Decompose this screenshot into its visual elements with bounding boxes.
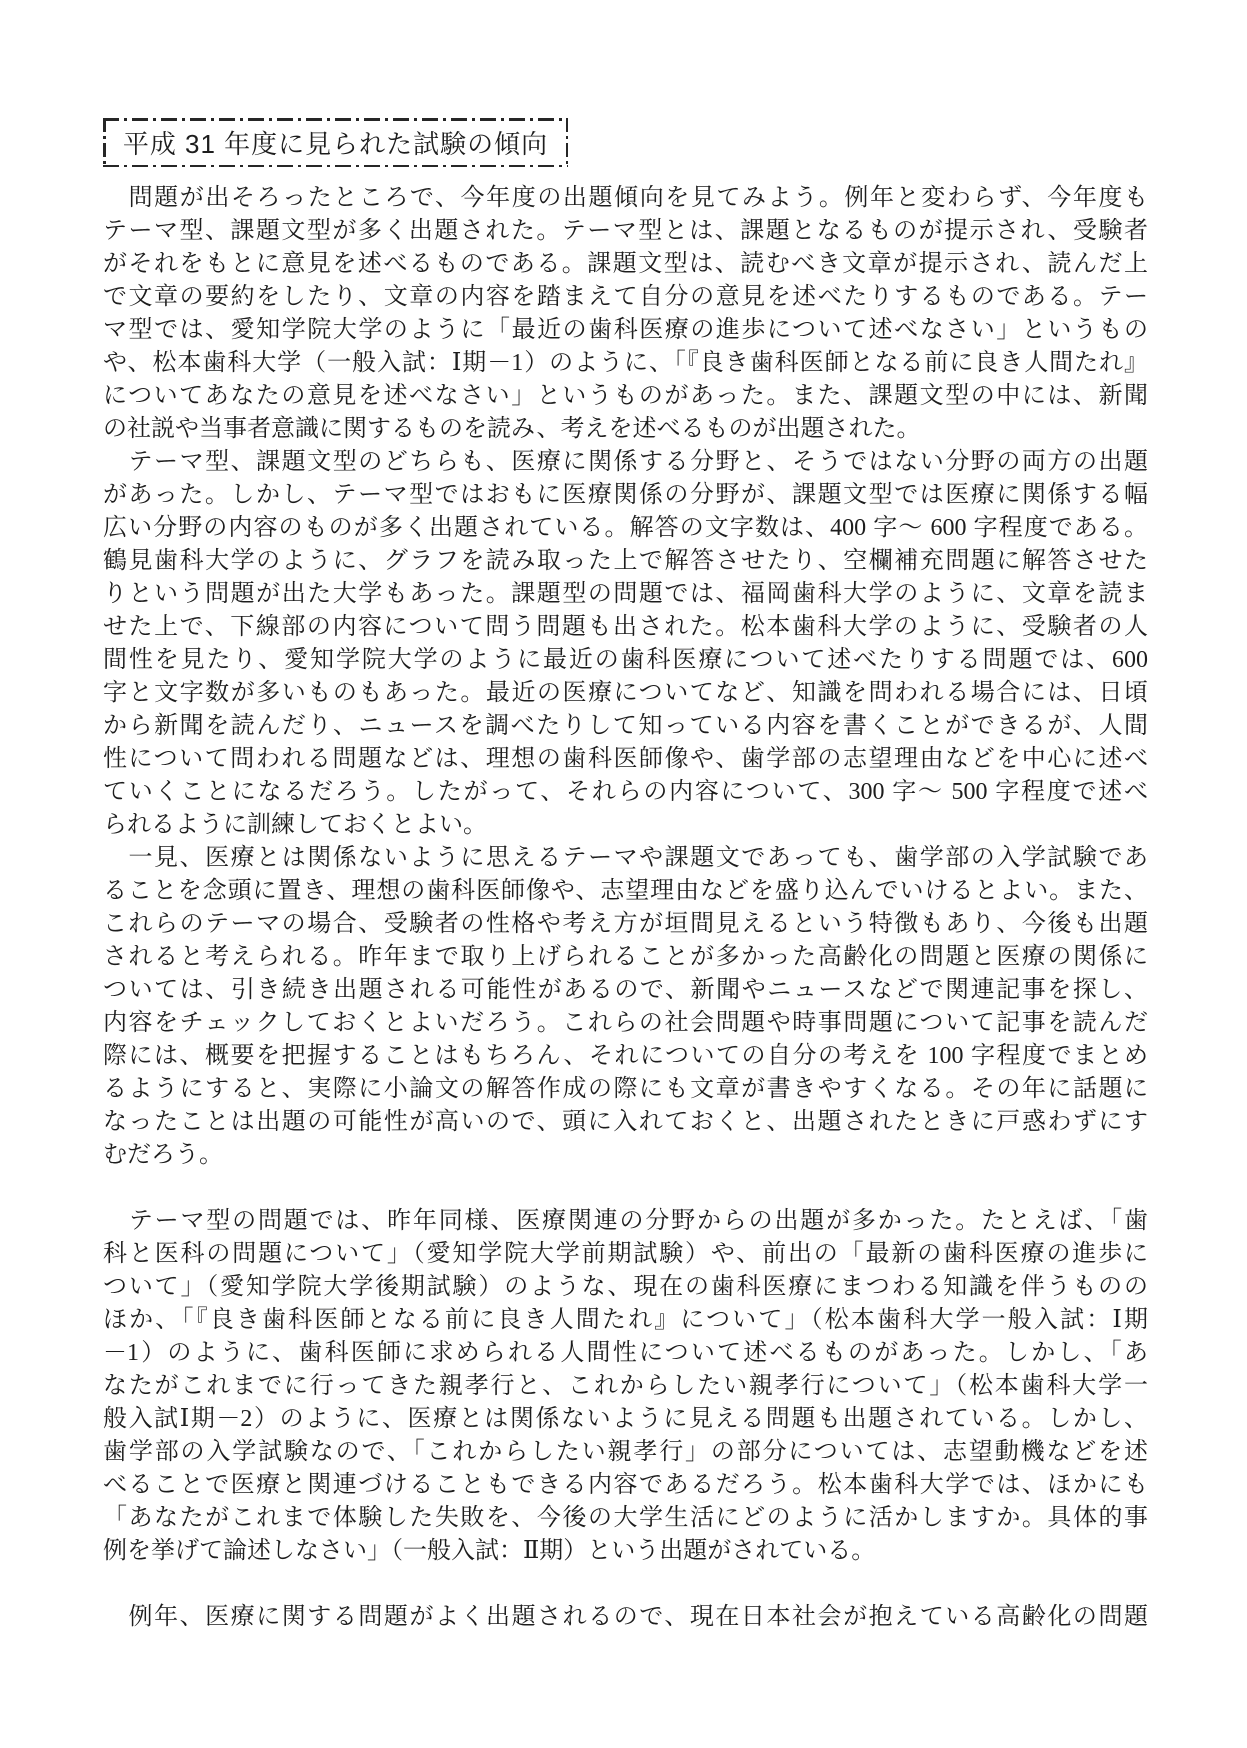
text-line: 例を挙げて論述しなさい」（一般入試：Ⅱ期）という出題がされている。 bbox=[103, 1535, 1148, 1568]
text-line: されると考えられる。昨年まで取り上げられることが多かった高齢化の問題と医療の関係… bbox=[103, 941, 1148, 974]
text-line: マ型では、愛知学院大学のように「最近の歯科医療の進歩について述べなさい」というも… bbox=[103, 314, 1148, 347]
text-line: 広い分野の内容のものが多く出題されている。解答の文字数は、400 字〜 600 … bbox=[103, 512, 1148, 545]
text-line: りという問題が出た大学もあった。課題型の問題では、福岡歯科大学のように、文章を読… bbox=[103, 578, 1148, 611]
text-line: テーマ型、課題文型が多く出題された。テーマ型とは、課題となるものが提示され、受験… bbox=[103, 215, 1148, 248]
document-body: 問題が出そろったところで、今年度の出題傾向を見てみよう。例年と変わらず、今年度も… bbox=[103, 182, 1148, 1634]
text-line: られるように訓練しておくとよい。 bbox=[103, 809, 1148, 842]
text-line: から新聞を読んだり、ニュースを調べたりして知っている内容を書くことができるが、人… bbox=[103, 710, 1148, 743]
text-line: ついては、引き続き出題される可能性があるので、新聞やニュースなどで関連記事を探し… bbox=[103, 974, 1148, 1007]
text-line: 例年、医療に関する問題がよく出題されるので、現在日本社会が抱えている高齢化の問題 bbox=[103, 1601, 1148, 1634]
text-line: なたがこれまでに行ってきた親孝行と、これからしたい親孝行について」（松本歯科大学… bbox=[103, 1370, 1148, 1403]
text-line: 歯学部の入学試験なので、「これからしたい親孝行」の部分については、志望動機などを… bbox=[103, 1436, 1148, 1469]
text-line: テーマ型、課題文型のどちらも、医療に関係する分野と、そうではない分野の両方の出題 bbox=[103, 446, 1148, 479]
box-border-right bbox=[566, 118, 569, 167]
text-line: 般入試Ⅰ期－2）のように、医療とは関係ないように見える問題も出題されている。しか… bbox=[103, 1403, 1148, 1436]
text-line: 一見、医療とは関係ないように思えるテーマや課題文であっても、歯学部の入学試験であ bbox=[103, 842, 1148, 875]
text-line: －1）のように、歯科医師に求められる人間性について述べるものがあった。しかし、「… bbox=[103, 1337, 1148, 1370]
text-line: の社説や当事者意識に関するものを読み、考えを述べるものが出題された。 bbox=[103, 413, 1148, 446]
section-title: 平成 31 年度に見られた試験の傾向 bbox=[123, 124, 548, 161]
text-line: 性について問われる問題などは、理想の歯科医師像や、歯学部の志望理由などを中心に述… bbox=[103, 743, 1148, 776]
text-line: があった。しかし、テーマ型ではおもに医療関係の分野が、課題文型では医療に関係する… bbox=[103, 479, 1148, 512]
text-line: 字と文字数が多いものもあった。最近の医療についてなど、知識を問われる場合には、日… bbox=[103, 677, 1148, 710]
text-line: についてあなたの意見を述べなさい」というものがあった。また、課題文型の中には、新… bbox=[103, 380, 1148, 413]
text-line: ていくことになるだろう。したがって、それらの内容について、300 字〜 500 … bbox=[103, 776, 1148, 809]
paragraph: テーマ型、課題文型のどちらも、医療に関係する分野と、そうではない分野の両方の出題… bbox=[103, 446, 1148, 842]
paragraph: 一見、医療とは関係ないように思えるテーマや課題文であっても、歯学部の入学試験であ… bbox=[103, 842, 1148, 1172]
text-line: 鶴見歯科大学のように、グラフを読み取った上で解答させたり、空欄補充問題に解答させ… bbox=[103, 545, 1148, 578]
text-line: せた上で、下線部の内容について問う問題も出された。松本歯科大学のように、受験者の… bbox=[103, 611, 1148, 644]
box-border-bottom bbox=[103, 165, 568, 168]
text-line: がそれをもとに意見を述べるものである。課題文型は、読むべき文章が提示され、読んだ… bbox=[103, 248, 1148, 281]
document-page: 平成 31 年度に見られた試験の傾向 問題が出そろったところで、今年度の出題傾向… bbox=[0, 0, 1247, 1748]
paragraph: 例年、医療に関する問題がよく出題されるので、現在日本社会が抱えている高齢化の問題 bbox=[103, 1601, 1148, 1634]
text-line: や、松本歯科大学（一般入試：Ⅰ期－1）のように、「『良き歯科医師となる前に良き人… bbox=[103, 347, 1148, 380]
text-line: 問題が出そろったところで、今年度の出題傾向を見てみよう。例年と変わらず、今年度も bbox=[103, 182, 1148, 215]
text-line: 「あなたがこれまで体験した失敗を、今後の大学生活にどのように活かしますか。具体的… bbox=[103, 1502, 1148, 1535]
text-line: これらのテーマの場合、受験者の性格や考え方が垣間見えるという特徴もあり、今後も出… bbox=[103, 908, 1148, 941]
text-line: テーマ型の問題では、昨年同様、医療関連の分野からの出題が多かった。たとえば、「歯 bbox=[103, 1205, 1148, 1238]
text-line: で文章の要約をしたり、文章の内容を踏まえて自分の意見を述べたりするものである。テ… bbox=[103, 281, 1148, 314]
text-line: ることを念頭に置き、理想の歯科医師像や、志望理由などを盛り込んでいけるとよい。ま… bbox=[103, 875, 1148, 908]
paragraph: テーマ型の問題では、昨年同様、医療関連の分野からの出題が多かった。たとえば、「歯… bbox=[103, 1205, 1148, 1568]
paragraph: 問題が出そろったところで、今年度の出題傾向を見てみよう。例年と変わらず、今年度も… bbox=[103, 182, 1148, 446]
text-line: なったことは出題の可能性が高いので、頭に入れておくと、出題されたときに戸惑わずに… bbox=[103, 1106, 1148, 1139]
text-line: 際には、概要を把握することはもちろん、それについての自分の考えを 100 字程度… bbox=[103, 1040, 1148, 1073]
text-line: 科と医科の問題について」（愛知学院大学前期試験）や、前出の「最新の歯科医療の進歩… bbox=[103, 1238, 1148, 1271]
text-line: 間性を見たり、愛知学院大学のように最近の歯科医療について述べたりする問題では、6… bbox=[103, 644, 1148, 677]
box-border-top bbox=[103, 118, 568, 121]
text-line: 内容をチェックしておくとよいだろう。これらの社会問題や時事問題について記事を読ん… bbox=[103, 1007, 1148, 1040]
text-line: むだろう。 bbox=[103, 1139, 1148, 1172]
text-line: るようにすると、実際に小論文の解答作成の際にも文章が書きやすくなる。その年に話題… bbox=[103, 1073, 1148, 1106]
box-border-left bbox=[103, 118, 106, 167]
text-line: ついて」（愛知学院大学後期試験）のような、現在の歯科医療にまつわる知識を伴うもの… bbox=[103, 1271, 1148, 1304]
text-line: べることで医療と関連づけることもできる内容であるだろう。松本歯科大学では、ほかに… bbox=[103, 1469, 1148, 1502]
section-title-box: 平成 31 年度に見られた試験の傾向 bbox=[103, 118, 568, 167]
text-line: ほか、「『良き歯科医師となる前に良き人間たれ』について」（松本歯科大学一般入試：… bbox=[103, 1304, 1148, 1337]
